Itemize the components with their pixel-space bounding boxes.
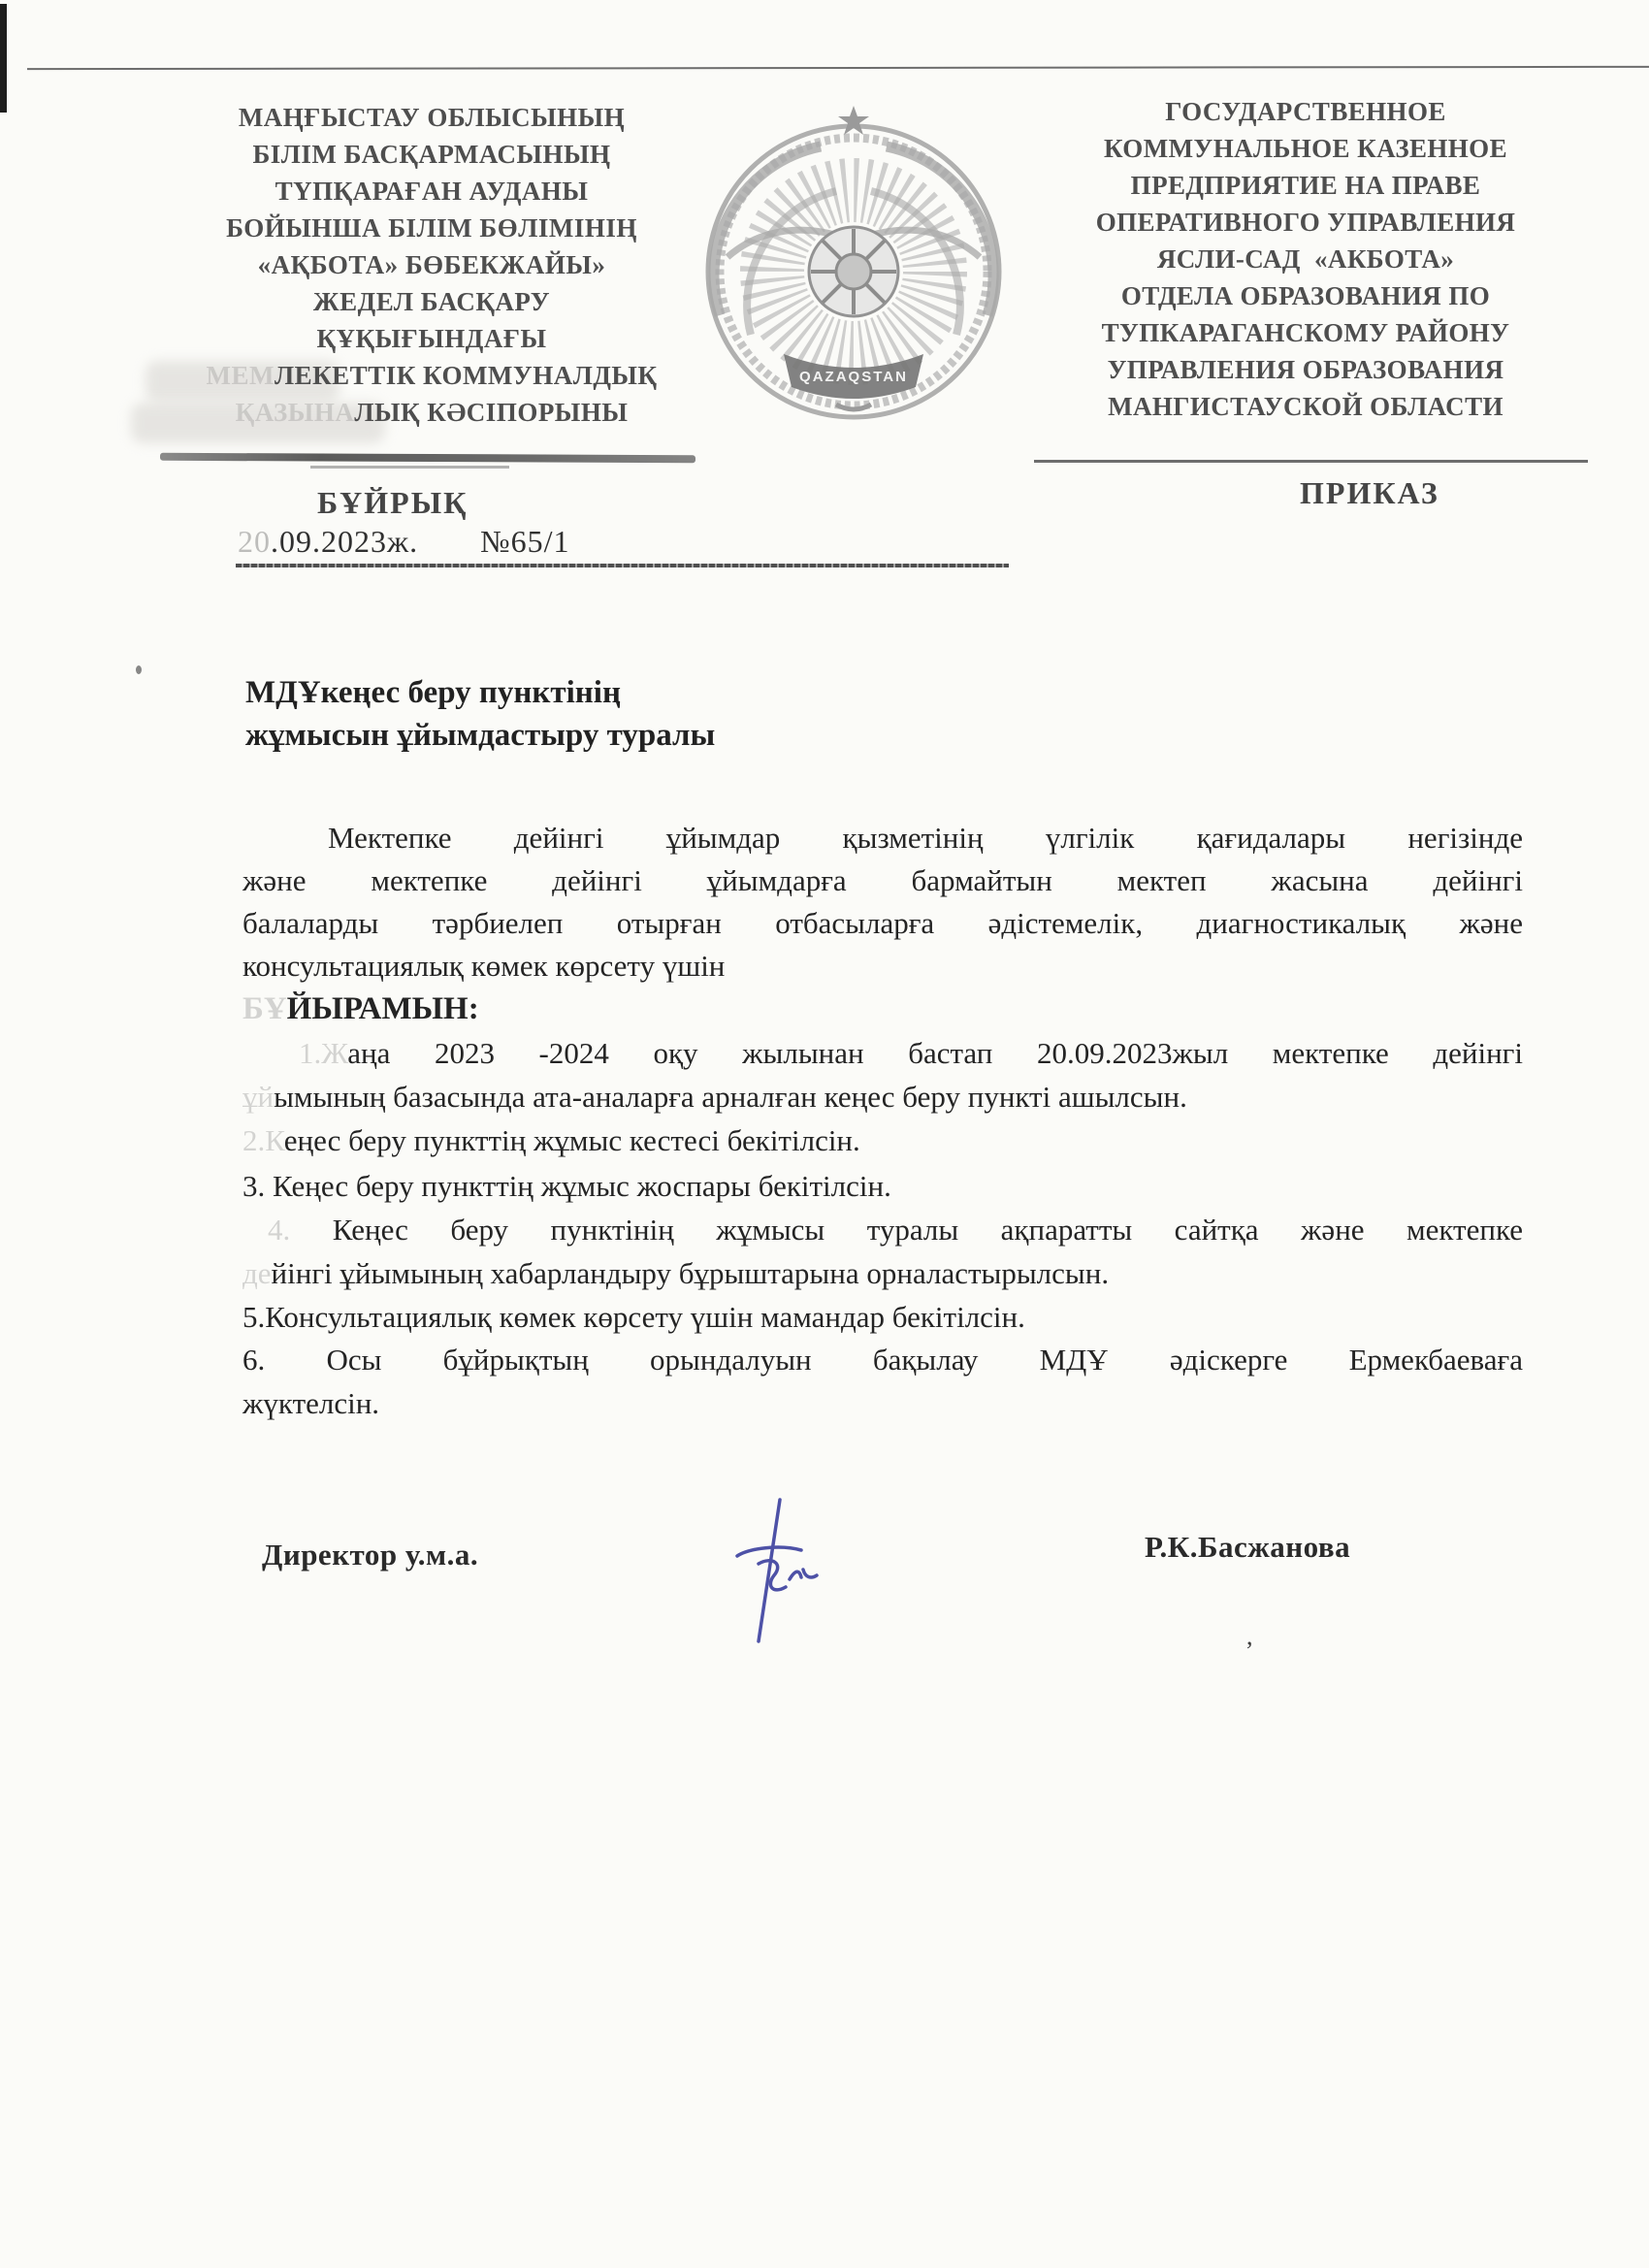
header-kazakh-block: МАҢҒЫСТАУ ОБЛЫСЫНЫҢ БІЛІМ БАСҚАРМАСЫНЫҢ … (145, 99, 718, 431)
order-item-text: аңа 2023 -2024 оқу жылынан бастап 20.09.… (347, 1036, 1523, 1070)
header-right-line: ОТДЕЛА ОБРАЗОВАНИЯ ПО (1020, 277, 1591, 314)
resolve-heading: БҰЙЫРАМЫН: (242, 988, 1523, 1031)
header-left-line: БОЙЫНША БІЛІМ БӨЛІМІНІҢ (145, 210, 718, 246)
faded-text: ҚАЗЫНА (236, 398, 355, 427)
handwritten-signature (729, 1496, 826, 1646)
scan-edge-artifact (0, 4, 7, 113)
header-left-line: ҚҰҚЫҒЫНДАҒЫ (145, 320, 718, 357)
faded-text: 2.К (242, 1123, 284, 1157)
header-left-line: ЖЕДЕЛ БАСҚАРУ (145, 283, 718, 320)
body-paragraph-line: балаларды тәрбиелеп отырған отбасыларға … (242, 903, 1523, 946)
resolve-heading-text: ЙЫРАМЫН: (287, 991, 479, 1026)
header-right-line: МАНГИСТАУСКОЙ ОБЛАСТИ (1020, 388, 1591, 425)
faded-text: МЕМ (206, 361, 274, 390)
header-right-line: ГОСУДАРСТВЕННОЕ (1020, 93, 1591, 130)
faded-text: ұй (242, 1080, 274, 1114)
header-left-text: «АҚБОТА» БӨБЕКЖАЙЫ» (258, 250, 606, 279)
header-left-text: ЛЫҚ КӘСІПОРЫНЫ (354, 398, 628, 427)
kazakhstan-emblem-image: QAZAQSTAN (691, 92, 1017, 428)
order-item-line: жүктелсін. (242, 1383, 1523, 1426)
header-left-line: МЕМЛЕКЕТТІК КОММУНАЛДЫҚ (145, 357, 718, 394)
header-left-line: ҚАЗЫНАЛЫҚ КӘСІПОРЫНЫ (145, 394, 718, 431)
header-left-line: «АҚБОТА» БӨБЕКЖАЙЫ» (145, 246, 718, 283)
header-right-line: ЯСЛИ-САД «АКБОТА» (1020, 241, 1591, 277)
order-item-line: 3. Кеңес беру пункттің жұмыс жоспары бек… (242, 1166, 1523, 1209)
order-item-line: 1.Жаңа 2023 -2024 оқу жылынан бастап 20.… (242, 1033, 1523, 1076)
faded-text: де (242, 1256, 272, 1290)
order-label-ru: ПРИКАЗ (1300, 475, 1439, 511)
faded-text: 4. (268, 1213, 290, 1247)
document-title: МДҰкеңес беру пунктінің жұмысын ұйымдаст… (245, 671, 715, 757)
order-item-line: 2.Кеңес беру пункттің жұмыс кестесі бекі… (242, 1120, 1523, 1163)
order-item-text: ымының базасында ата-аналарға арналған к… (274, 1080, 1187, 1114)
order-date-faded: 20 (238, 524, 271, 559)
divider-rule-under-date (236, 564, 1009, 567)
divider-rule-left-streak (310, 466, 509, 469)
order-item-text: еңес беру пункттің жұмыс кестесі бекітіл… (284, 1123, 860, 1157)
document-title-line2: жұмысын ұйымдастыру туралы (245, 714, 715, 757)
order-item-text: 3. Кеңес беру пункттің жұмыс жоспары бек… (242, 1169, 891, 1203)
order-date: .09.2023ж. (271, 524, 418, 559)
header-right-line: ТУПКАРАГАНСКОМУ РАЙОНУ (1020, 314, 1591, 351)
header-left-text: БОЙЫНША БІЛІМ БӨЛІМІНІҢ (226, 213, 637, 243)
body-paragraph-line: консультациялық көмек көрсету үшін (242, 946, 1523, 988)
order-label-kk: БҰЙРЫҚ (317, 485, 468, 521)
order-item-text: жүктелсін. (242, 1386, 379, 1420)
emblem-banner-text: QAZAQSTAN (799, 369, 908, 385)
header-left-text: ТҮПҚАРАҒАН АУДАНЫ (275, 177, 589, 206)
order-number: №65/1 (480, 524, 569, 559)
header-right-line: ОПЕРАТИВНОГО УПРАВЛЕНИЯ (1020, 204, 1591, 241)
header-left-text: БІЛІМ БАСҚАРМАСЫНЫҢ (252, 140, 610, 169)
header-left-text: ЖЕДЕЛ БАСҚАРУ (313, 287, 550, 316)
divider-rule-right (1034, 460, 1588, 463)
divider-rule-left (160, 453, 695, 463)
header-left-text: ЛЕКЕТТІК КОММУНАЛДЫҚ (275, 361, 658, 390)
scan-line-artifact (27, 66, 1649, 70)
faded-text: 1.Ж (299, 1036, 347, 1070)
order-item-line: 5.Консультациялық көмек көрсету үшін мам… (242, 1297, 1523, 1340)
order-item-line: дейінгі ұйымының хабарландыру бұрыштарын… (242, 1253, 1523, 1296)
header-left-line: ТҮПҚАРАҒАН АУДАНЫ (145, 173, 718, 210)
order-item-text: 6. Осы бұйрықтың орындалуын бақылау МДҰ … (242, 1343, 1523, 1377)
body-paragraph-line: және мектепке дейінгі ұйымдарға бармайты… (242, 860, 1523, 903)
header-right-line: КОММУНАЛЬНОЕ КАЗЕННОЕ (1020, 130, 1591, 167)
order-date-line: 20.09.2023ж.№65/1 (238, 524, 570, 560)
header-right-line: УПРАВЛЕНИЯ ОБРАЗОВАНИЯ (1020, 351, 1591, 388)
body-paragraph-line: Мектепке дейінгі ұйымдар қызметінің үлгі… (242, 818, 1523, 860)
stray-mark: , (1246, 1622, 1253, 1651)
header-left-line: МАҢҒЫСТАУ ОБЛЫСЫНЫҢ (145, 99, 718, 136)
signer-name: Р.К.Басжанова (1145, 1530, 1350, 1565)
scanned-order-page: МАҢҒЫСТАУ ОБЛЫСЫНЫҢ БІЛІМ БАСҚАРМАСЫНЫҢ … (0, 0, 1649, 2268)
order-item-text: Кеңес беру пунктінің жұмысы туралы ақпар… (290, 1213, 1523, 1247)
order-item-text: йінгі ұйымының хабарландыру бұрыштарына … (272, 1256, 1110, 1290)
order-item-line: 4. Кеңес беру пунктінің жұмысы туралы ақ… (242, 1210, 1523, 1252)
order-item-line: ұйымының базасында ата-аналарға арналған… (242, 1077, 1523, 1119)
faded-text: БҰ (242, 991, 287, 1026)
order-item-text: 5.Консультациялық көмек көрсету үшін мам… (242, 1300, 1025, 1334)
ink-speck (136, 665, 142, 674)
header-left-line: БІЛІМ БАСҚАРМАСЫНЫҢ (145, 136, 718, 173)
header-left-text: МАҢҒЫСТАУ ОБЛЫСЫНЫҢ (239, 103, 625, 132)
order-item-line: 6. Осы бұйрықтың орындалуын бақылау МДҰ … (242, 1340, 1523, 1382)
header-right-line: ПРЕДПРИЯТИЕ НА ПРАВЕ (1020, 167, 1591, 204)
document-title-line1: МДҰкеңес беру пунктінің (245, 671, 715, 714)
signer-position: Директор у.м.а. (262, 1538, 478, 1572)
header-left-text: ҚҰҚЫҒЫНДАҒЫ (316, 324, 546, 353)
header-russian-block: ГОСУДАРСТВЕННОЕ КОММУНАЛЬНОЕ КАЗЕННОЕ ПР… (1020, 93, 1591, 425)
